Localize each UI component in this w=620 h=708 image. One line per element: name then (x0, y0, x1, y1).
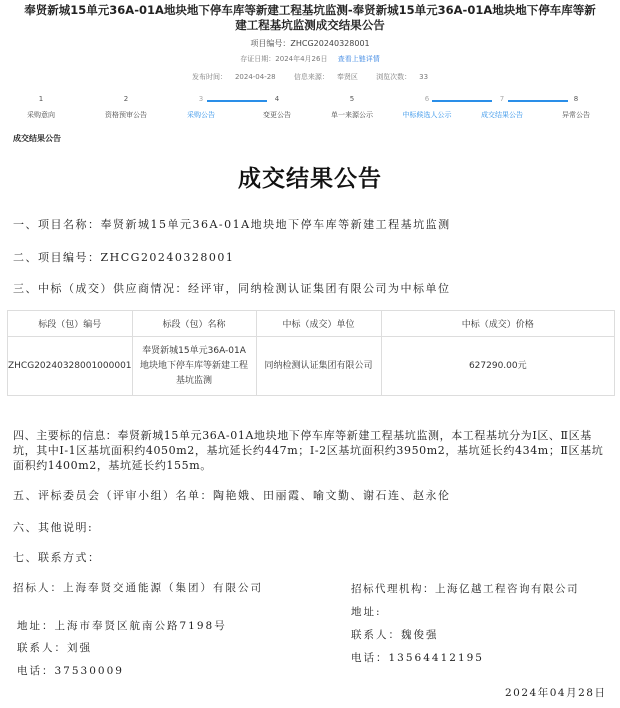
col-winner: 中标（成交）单位 (256, 311, 381, 337)
cell-lot-number: ZHCG20240328001000001 (8, 337, 133, 396)
agent-name: 招标代理机构：上海亿越工程咨询有限公司 (351, 581, 579, 596)
notice-header: 奉贤新城15单元36A-01A地块地下停车库等新建工程基坑监测-奉贤新城15单元… (0, 0, 620, 82)
step-purchase-intent[interactable]: 1 采购意向 (6, 95, 76, 120)
cell-price: 627290.00元 (381, 337, 614, 396)
step-single-source[interactable]: 5 单一来源公示 (317, 95, 387, 120)
buyer-contact: 联系人：刘强 (17, 640, 92, 655)
project-number-item: 二、项目编号：ZHCG20240328001 (13, 249, 234, 265)
project-number: 项目编号：ZHCG20240328001 (0, 38, 620, 49)
cert-date-value: 2024年4月26日 (275, 55, 327, 63)
agent-address: 地址: (351, 604, 382, 619)
process-stepper: 1 采购意向 2 资格预审公告 3 采购公告 4 变更公告 5 单一来源公示 6… (0, 95, 620, 125)
buyer-address: 地址：上海市奉贤区航南公路7198号 (17, 618, 227, 633)
table-header-row: 标段（包）编号 标段（包）名称 中标（成交）单位 中标（成交）价格 (8, 311, 615, 337)
cell-lot-name: 奉贤新城15单元36A-01A地块地下停车库等新建工程基坑监测 (132, 337, 256, 396)
publish-time: 发布时间：2024-04-28 (188, 73, 280, 81)
project-name-item: 一、项目名称：奉贤新城15单元36A-01A地块地下停车库等新建工程基坑监测 (13, 216, 451, 232)
cert-date-label: 存证日期： (240, 55, 275, 63)
step-exception-notice[interactable]: 8 异常公告 (541, 95, 611, 120)
result-table: 标段（包）编号 标段（包）名称 中标（成交）单位 中标（成交）价格 ZHCG20… (7, 310, 615, 396)
step-prequalification[interactable]: 2 资格预审公告 (91, 95, 161, 120)
table-row: ZHCG20240328001000001 奉贤新城15单元36A-01A地块地… (8, 337, 615, 396)
certificate-info: 存证日期：2024年4月26日 查看上链详情 (0, 54, 620, 64)
section-label: 成交结果公告 (13, 133, 61, 144)
page-title: 奉贤新城15单元36A-01A地块地下停车库等新建工程基坑监测-奉贤新城15单元… (0, 0, 620, 33)
supplier-item: 三、中标（成交）供应商情况：经评审，同纳检测认证集团有限公司为中标单位 (13, 280, 451, 296)
buyer-phone: 电话：37530009 (17, 663, 124, 678)
chain-details-link[interactable]: 查看上链详情 (338, 55, 380, 63)
publish-info: 发布时间：2024-04-28 信息来源：奉贤区 浏览次数：33 (0, 72, 620, 82)
view-count: 浏览次数：33 (372, 73, 432, 81)
other-notes-item: 六、其他说明: (13, 519, 93, 535)
buyer-name: 招标人：上海奉贤交通能源（集团）有限公司 (13, 581, 283, 595)
main-info-item: 四、主要标的信息：奉贤新城15单元36A-01A地块地下停车库等新建工程基坑监测… (13, 428, 613, 473)
contact-item: 七、联系方式： (13, 549, 101, 565)
project-number-value: ZHCG20240328001 (290, 39, 369, 48)
col-lot-name: 标段（包）名称 (132, 311, 256, 337)
project-number-label: 项目编号： (250, 39, 290, 48)
info-source: 信息来源：奉贤区 (290, 73, 362, 81)
notice-date: 2024年04月28日 (505, 685, 606, 700)
col-lot-number: 标段（包）编号 (8, 311, 133, 337)
step-result-notice[interactable]: 7 成交结果公告 (467, 95, 537, 120)
step-procurement-notice[interactable]: 3 采购公告 (166, 95, 236, 120)
col-price: 中标（成交）价格 (381, 311, 614, 337)
document-title: 成交结果公告 (0, 160, 620, 193)
agent-contact: 联系人：魏俊强 (351, 627, 439, 642)
step-candidate-notice[interactable]: 6 中标候选人公示 (392, 95, 462, 120)
step-change-notice[interactable]: 4 变更公告 (242, 95, 312, 120)
cell-winner: 同纳检测认证集团有限公司 (256, 337, 381, 396)
committee-item: 五、评标委员会（评审小组）名单：陶艳娥、田丽霞、喻文勤、谢石连、赵永伦 (13, 487, 451, 503)
agent-phone: 电话：13564412195 (351, 650, 484, 665)
